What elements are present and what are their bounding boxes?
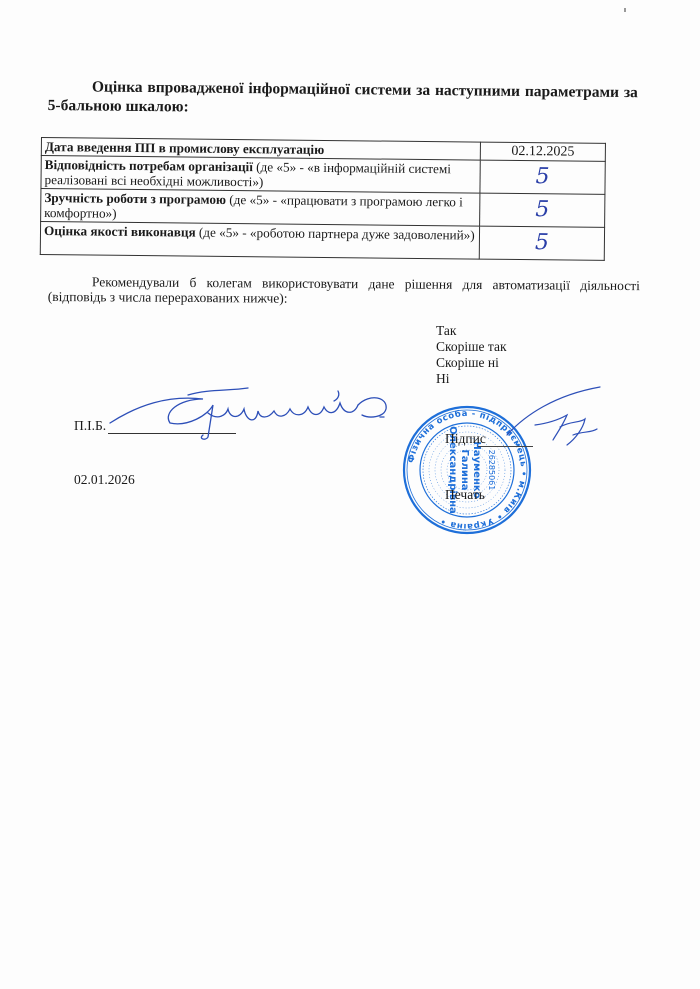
- director-signature-icon: [505, 385, 615, 460]
- row-label: Оцінка якості виконавця (де «5» - «робот…: [40, 222, 479, 260]
- row-value-handwritten: 5: [479, 226, 604, 260]
- signing-date: 02.01.2026: [74, 472, 135, 488]
- stamp-label: Печать: [445, 487, 485, 503]
- intro-text: Оцінка впровадженої інформаційної систем…: [48, 78, 638, 115]
- option-no: Ні: [436, 371, 507, 387]
- option-rather-no: Скоріше ні: [436, 355, 507, 371]
- intro-heading: Оцінка впровадженої інформаційної систем…: [48, 77, 638, 121]
- row-label: Відповідність потребам організації (де «…: [41, 156, 480, 194]
- option-yes: Так: [436, 323, 507, 339]
- row-label: Зручність роботи з програмою (де «5» - «…: [41, 189, 480, 227]
- recommendation-question: Рекомендували б колегам використовувати …: [48, 274, 640, 308]
- row-value-handwritten: 5: [480, 193, 605, 227]
- evaluation-table: Дата введення ПП в промислову експлуатац…: [40, 137, 606, 261]
- document-page: Оцінка впровадженої інформаційної систем…: [0, 0, 700, 989]
- option-rather-yes: Скоріше так: [436, 339, 507, 355]
- scan-artifact: [624, 8, 626, 12]
- svg-text:26285061: 26285061: [487, 450, 496, 491]
- row-value-handwritten: 5: [480, 160, 605, 194]
- pib-label: П.І.Б.: [74, 418, 106, 434]
- svg-text:Галина: Галина: [459, 449, 470, 490]
- handwritten-signature-icon: [108, 385, 398, 445]
- table-row: Оцінка якості виконавця (де «5» - «робот…: [40, 222, 604, 261]
- answer-options: Так Скоріше так Скоріше ні Ні: [436, 323, 507, 387]
- row-value: 02.12.2025: [480, 142, 605, 161]
- signature-label: Підпис: [445, 431, 486, 447]
